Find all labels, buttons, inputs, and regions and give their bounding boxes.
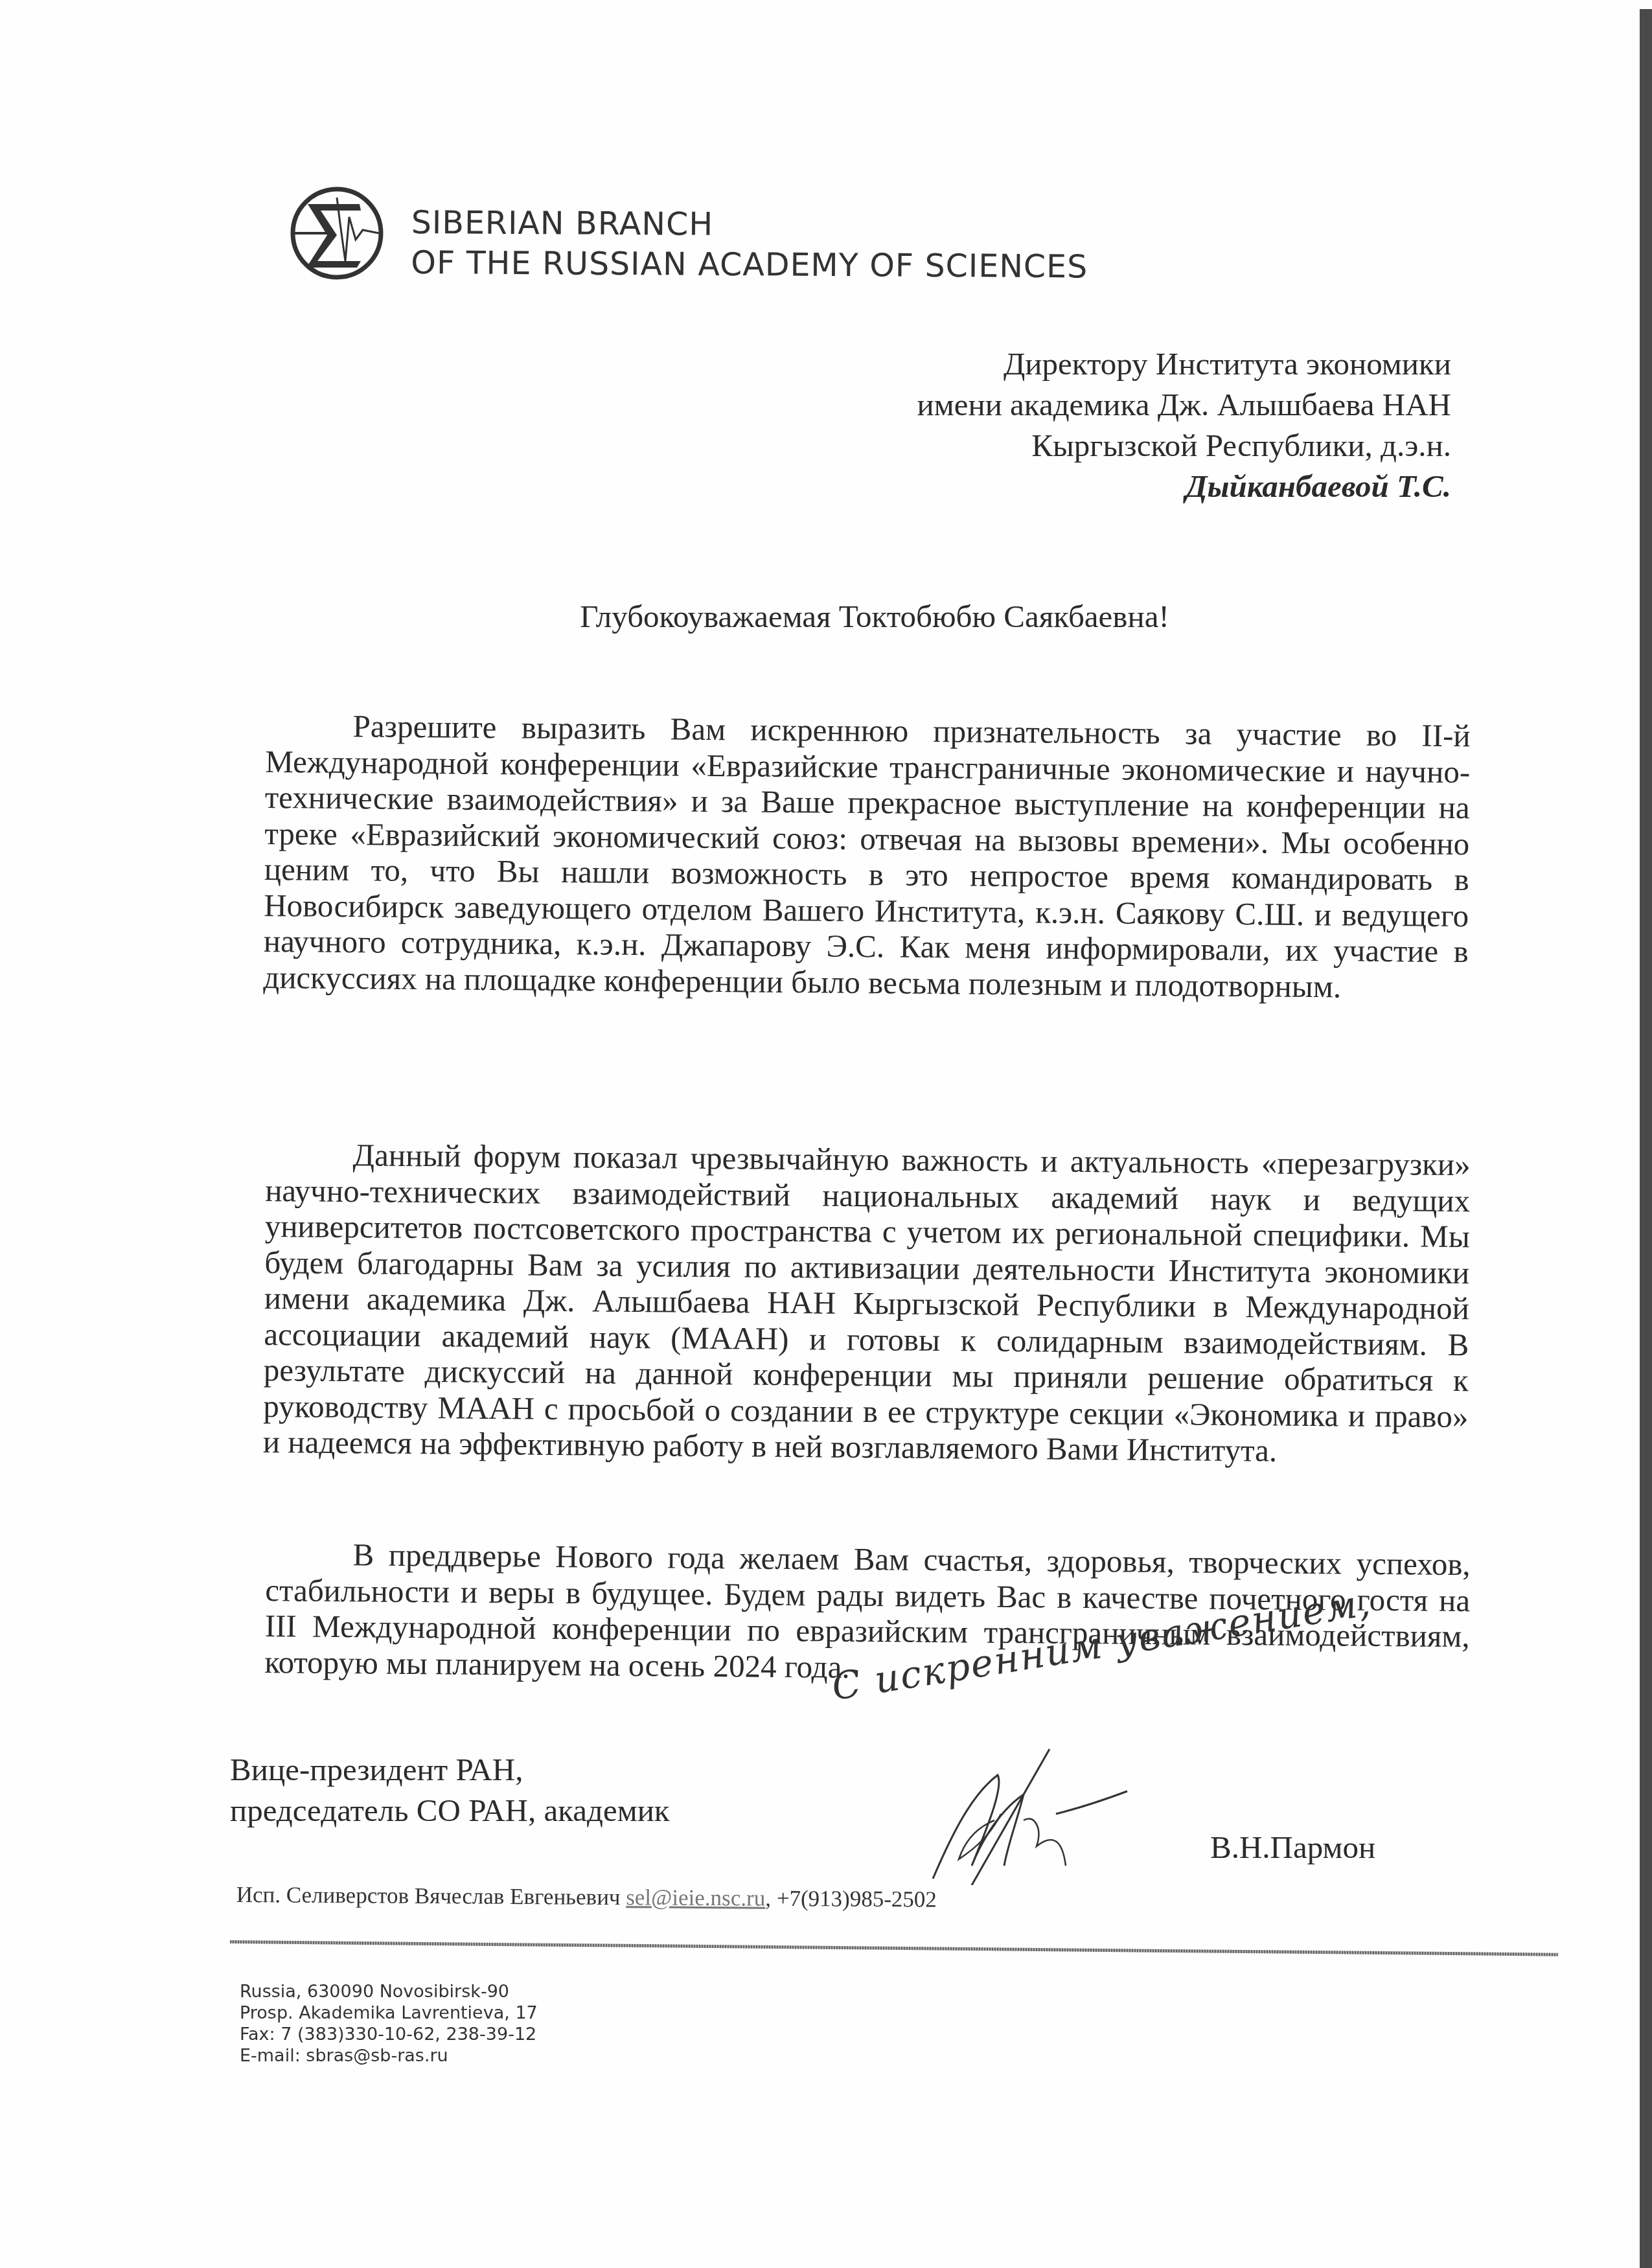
executor-email-link[interactable]: sel@ieie.nsc.ru: [626, 1884, 765, 1910]
org-name-line-1: SIBERIAN BRANCH: [411, 203, 1088, 247]
footer-contact-block: Russia, 630090 Novosibirsk-90 Prosp. Aka…: [240, 1981, 538, 2067]
signatory-name: В.Н.Пармон: [1210, 1827, 1375, 1868]
salutation: Глубокоуважаемая Токтобюбю Саякбаевна!: [259, 596, 1490, 637]
scan-border-edge: [1640, 9, 1652, 2268]
executor-name: Исп. Селиверстов Вячеслав Евгеньевич: [236, 1882, 621, 1910]
footer-email: E-mail: sbras@sb-ras.ru: [240, 2045, 538, 2067]
body-paragraph-2: Данный форум показал чрезвычайную важнос…: [263, 1136, 1471, 1471]
signatory-title-line-1: Вице-президент РАН,: [230, 1749, 670, 1790]
executor-phone: +7(913)985-2502: [777, 1886, 937, 1912]
signatory-title: Вице-президент РАН, председатель СО РАН,…: [230, 1749, 670, 1831]
sigma-wave-emblem-icon: [288, 185, 385, 282]
footer-divider: [230, 1940, 1558, 1956]
addressee-line-1: Директору Института экономики: [842, 343, 1451, 384]
org-name-line-2: OF THE RUSSIAN ACADEMY OF SCIENCES: [411, 243, 1088, 287]
letter-page: SIBERIAN BRANCH OF THE RUSSIAN ACADEMY O…: [0, 0, 1652, 2268]
executor-separator: ,: [765, 1886, 771, 1911]
footer-address-line-2: Prosp. Akademika Lavrentieva, 17: [240, 2002, 538, 2024]
executor-line: Исп. Селиверстов Вячеслав Евгеньевич sel…: [236, 1879, 937, 1916]
addressee-name: Дыйканбаевой Т.С.: [842, 466, 1451, 507]
addressee-line-2: имени академика Дж. Алышбаева НАН: [842, 384, 1451, 425]
signatory-title-line-2: председатель СО РАН, академик: [230, 1790, 670, 1831]
handwritten-signature-icon: [894, 1736, 1166, 1885]
body-paragraph-1: Разрешите выразить Вам искреннюю признат…: [263, 707, 1471, 1005]
footer-address-line-1: Russia, 630090 Novosibirsk-90: [240, 1981, 538, 2002]
addressee-line-3: Кыргызской Республики, д.э.н.: [842, 425, 1451, 466]
footer-fax: Fax: 7 (383)330-10-62, 238-39-12: [240, 2024, 538, 2045]
letterhead: SIBERIAN BRANCH OF THE RUSSIAN ACADEMY O…: [288, 185, 1195, 295]
organization-name: SIBERIAN BRANCH OF THE RUSSIAN ACADEMY O…: [411, 203, 1088, 287]
addressee-block: Директору Института экономики имени акад…: [842, 343, 1451, 507]
